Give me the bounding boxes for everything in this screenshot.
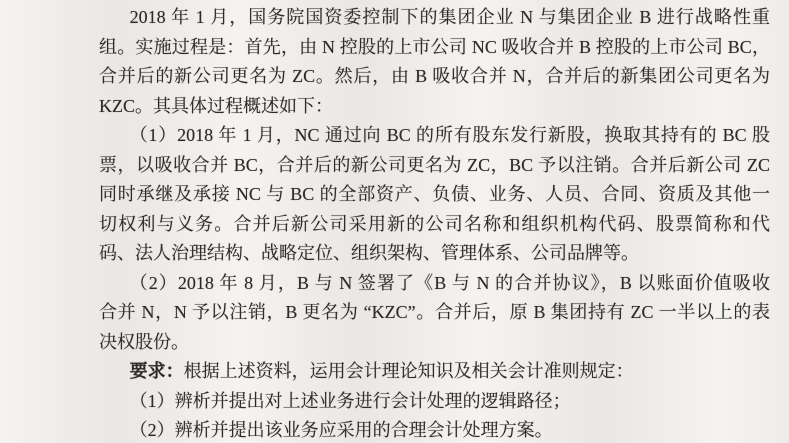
document: 2018 年 1 月，国务院国资委控制下的集团企业 N 与集团企业 B 进行战略…: [0, 0, 789, 443]
text-line: 合并后的新公司更名为 ZC。然后，由 B 吸收合并 N，合并后的新集团公司更名为: [99, 62, 770, 92]
text-line: （2）辨析并提出该业务应采用的合理会计处理方案。: [99, 416, 770, 443]
text-line: 决权股份。: [99, 328, 770, 358]
paragraph-question-2: （2）辨析并提出该业务应采用的合理会计处理方案。: [99, 416, 770, 443]
text-line: （2）2018 年 8 月，B 与 N 签署了《B 与 N 的合并协议》，B 以…: [99, 269, 770, 299]
text-line: 组。实施过程是：首先，由 N 控股的上市公司 NC 吸收合并 B 控股的上市公司…: [99, 33, 770, 63]
text-line: 切权利与义务。合并后新公司采用新的公司名称和组织机构代码、股票简称和代: [99, 210, 770, 240]
text-line: 要求：根据上述资料，运用会计理论知识及相关会计准则规定：: [99, 357, 770, 387]
text-line: 2018 年 1 月，国务院国资委控制下的集团企业 N 与集团企业 B 进行战略…: [99, 3, 770, 33]
paragraph-step-1: （1）2018 年 1 月，NC 通过向 BC 的所有股东发行新股，换取其持有的…: [99, 121, 770, 269]
text-line: KZC。其具体过程概述如下：: [99, 92, 770, 122]
paragraph-question-1: （1）辨析并提出对上述业务进行会计处理的逻辑路径；: [99, 387, 770, 417]
text-line: 码、法人治理结构、战略定位、组织架构、管理体系、公司品牌等。: [99, 239, 770, 269]
text-line: （1）辨析并提出对上述业务进行会计处理的逻辑路径；: [99, 387, 770, 417]
requirements-label: 要求：: [130, 361, 184, 381]
document-body: 2018 年 1 月，国务院国资委控制下的集团企业 N 与集团企业 B 进行战略…: [99, 3, 770, 443]
paragraph-intro: 2018 年 1 月，国务院国资委控制下的集团企业 N 与集团企业 B 进行战略…: [99, 3, 770, 121]
paragraph-requirements: 要求：根据上述资料，运用会计理论知识及相关会计准则规定：: [99, 357, 770, 387]
text-line: 票，以吸收合并 BC，合并后的新公司更名为 ZC，BC 予以注销。合并后新公司 …: [99, 151, 770, 181]
text-line: 合并 N，N 予以注销，B 更名为 “KZC”。合并后，原 B 集团持有 ZC …: [99, 298, 770, 328]
text-line: 同时承继及承接 NC 与 BC 的全部资产、负债、业务、人员、合同、资质及其他一: [99, 180, 770, 210]
text-line: （1）2018 年 1 月，NC 通过向 BC 的所有股东发行新股，换取其持有的…: [99, 121, 770, 151]
page: { "page": { "background": "#efedea", "te…: [0, 0, 789, 443]
paragraph-step-2: （2）2018 年 8 月，B 与 N 签署了《B 与 N 的合并协议》，B 以…: [99, 269, 770, 358]
